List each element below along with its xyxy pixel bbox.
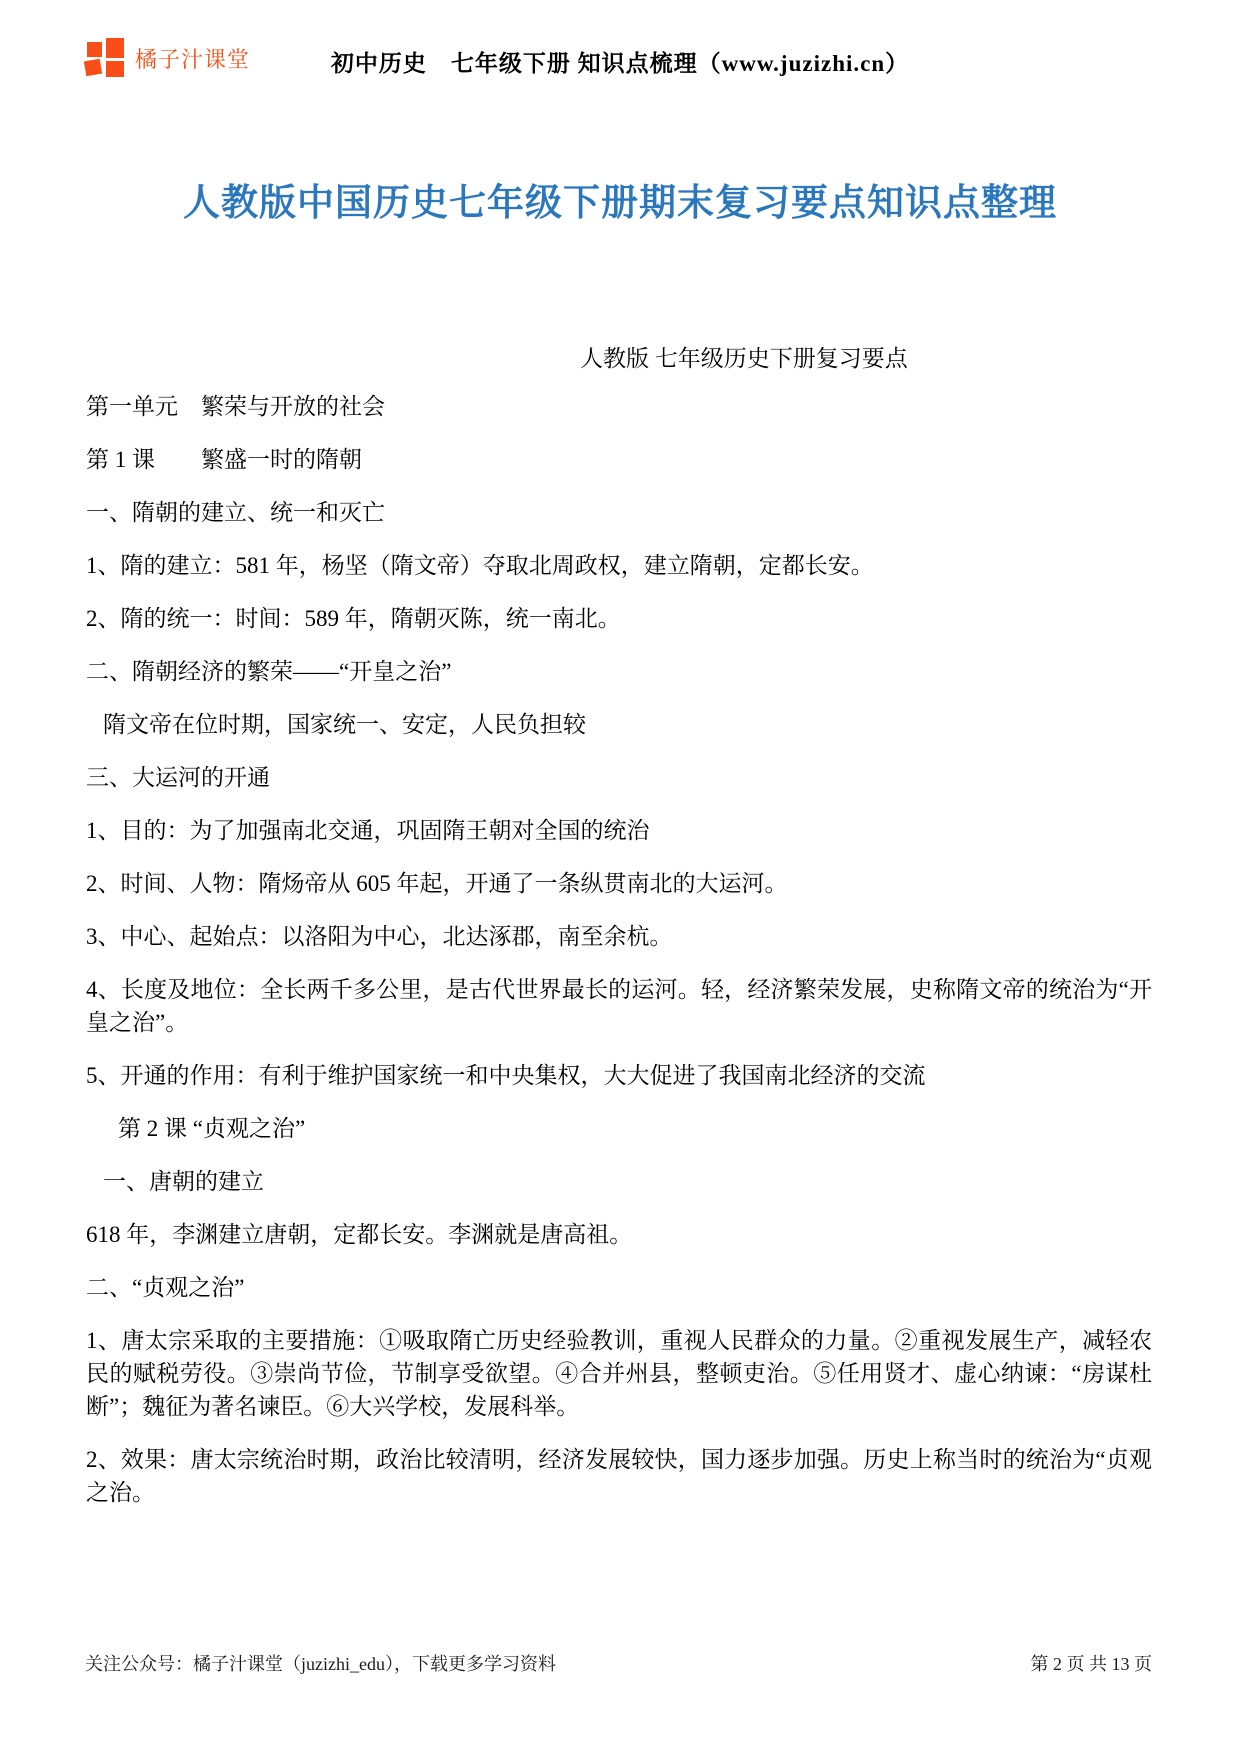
paragraph: 二、隋朝经济的繁荣——“开皇之治” (86, 655, 1152, 688)
brand-name: 橘子汁课堂 (135, 43, 250, 74)
paragraph: 3、中心、起始点：以洛阳为中心，北达涿郡，南至余杭。 (86, 920, 1152, 953)
document-page: 橘子汁课堂 初中历史 七年级下册 知识点梳理（www.juzizhi.cn） 人… (0, 0, 1240, 1754)
brand-logo: 橘子汁课堂 (85, 38, 250, 79)
page-number: 第 2 页 共 13 页 (1031, 1650, 1153, 1676)
page-header: 橘子汁课堂 初中历史 七年级下册 知识点梳理（www.juzizhi.cn） (0, 36, 1240, 86)
document-title: 人教版中国历史七年级下册期末复习要点知识点整理 (0, 172, 1240, 226)
paragraph: 2、隋的统一：时间：589 年，隋朝灭陈，统一南北。 (86, 602, 1152, 635)
paragraph: 4、长度及地位：全长两千多公里，是古代世界最长的运河。轻，经济繁荣发展，史称隋文… (86, 973, 1152, 1039)
paragraph: 1、目的：为了加强南北交通，巩固隋王朝对全国的统治 (86, 814, 1152, 847)
paragraph: 5、开通的作用：有利于维护国家统一和中央集权，大大促进了我国南北经济的交流 (86, 1059, 1152, 1092)
paragraph: 一、唐朝的建立 (86, 1165, 1152, 1198)
paragraph: 2、效果：唐太宗统治时期，政治比较清明，经济发展较快，国力逐步加强。历史上称当时… (86, 1443, 1152, 1509)
page-footer: 关注公众号：橘子汁课堂（juzizhi_edu），下载更多学习资料 第 2 页 … (85, 1650, 1152, 1676)
paragraph-lesson-1-heading: 第 1 课 繁盛一时的隋朝 (86, 443, 1152, 476)
document-body: 第一单元 繁荣与开放的社会 第 1 课 繁盛一时的隋朝 一、隋朝的建立、统一和灭… (86, 390, 1152, 1529)
paragraph-lesson-2-heading: 第 2 课 “贞观之治” (86, 1112, 1152, 1145)
orange-squares-icon (85, 38, 126, 79)
paragraph: 1、唐太宗采取的主要措施：①吸取隋亡历史经验教训，重视人民群众的力量。②重视发展… (86, 1324, 1152, 1423)
paragraph: 三、大运河的开通 (86, 761, 1152, 794)
paragraph: 618 年，李渊建立唐朝，定都长安。李渊就是唐高祖。 (86, 1218, 1152, 1251)
paragraph: 一、隋朝的建立、统一和灭亡 (86, 496, 1152, 529)
paragraph: 2、时间、人物：隋炀帝从 605 年起，开通了一条纵贯南北的大运河。 (86, 867, 1152, 900)
paragraph: 1、隋的建立：581 年，杨坚（隋文帝）夺取北周政权，建立隋朝，定都长安。 (86, 549, 1152, 582)
footer-note: 关注公众号：橘子汁课堂（juzizhi_edu），下载更多学习资料 (85, 1650, 556, 1676)
paragraph: 二、“贞观之治” (86, 1271, 1152, 1304)
document-subtitle: 人教版 七年级历史下册复习要点 (580, 340, 908, 373)
paragraph: 隋文帝在位时期，国家统一、安定，人民负担较 (86, 708, 1152, 741)
paragraph-unit-heading: 第一单元 繁荣与开放的社会 (86, 390, 1152, 423)
